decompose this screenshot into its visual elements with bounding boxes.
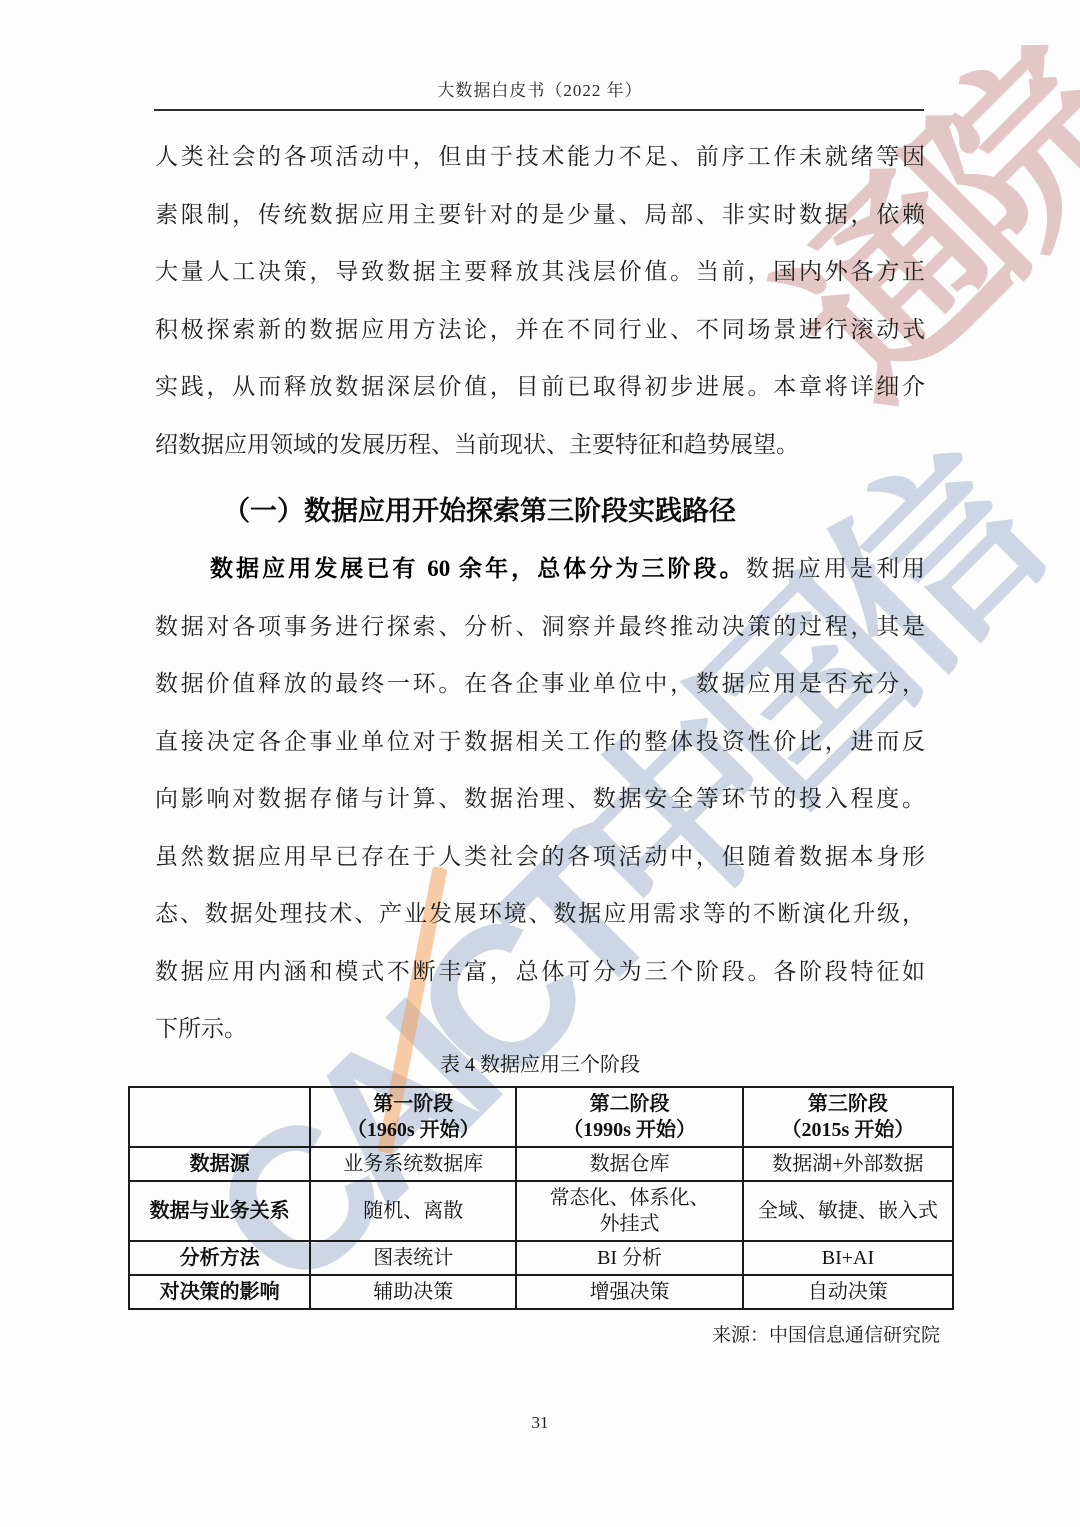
text-line: 态、数据处理技术、产业发展环境、数据应用需求等的不断演化升级， xyxy=(155,885,925,943)
text-line: 素限制，传统数据应用主要针对的是少量、局部、非实时数据，依赖 xyxy=(155,186,925,244)
text-segment: 积极探索新的数据应用方法论，并在不同行业、不同场景进行滚动式 xyxy=(155,317,925,342)
text-line: 数据应用发展已有 60 余年，总体分为三阶段。数据应用是利用 xyxy=(155,540,925,598)
text-segment: 数据对各项事务进行探索、分析、洞察并最终推动决策的过程，其是 xyxy=(155,614,925,639)
text-line: 人类社会的各项活动中，但由于技术能力不足、前序工作未就绪等因 xyxy=(155,128,925,186)
text-segment: 绍数据应用领域的发展历程、当前现状、主要特征和趋势展望。 xyxy=(155,432,799,457)
table-cell: 常态化、体系化、 外挂式 xyxy=(516,1181,743,1241)
text-line: 绍数据应用领域的发展历程、当前现状、主要特征和趋势展望。 xyxy=(155,416,925,474)
table-source: 来源：中国信息通信研究院 xyxy=(128,1320,954,1347)
table-cell: 数据湖+外部数据 xyxy=(743,1147,953,1181)
table-cell: 数据仓库 xyxy=(516,1147,743,1181)
header-rule xyxy=(154,109,924,111)
text-line: 数据价值释放的最终一环。在各企事业单位中，数据应用是否充分， xyxy=(155,655,925,713)
text-segment: 态、数据处理技术、产业发展环境、数据应用需求等的不断演化升级， xyxy=(155,901,925,926)
text-segment: 大量人工决策，导致数据主要释放其浅层价值。当前，国内外各方正 xyxy=(155,259,925,284)
paragraph-1: 人类社会的各项活动中，但由于技术能力不足、前序工作未就绪等因素限制，传统数据应用… xyxy=(155,128,925,473)
table-cell: BI+AI xyxy=(743,1241,953,1275)
table-cell: 全域、敏捷、嵌入式 xyxy=(743,1181,953,1241)
table-row-label: 数据源 xyxy=(129,1147,310,1181)
document-page: 通院CAICT中国信 大数据白皮书（2022 年） 人类社会的各项活动中，但由于… xyxy=(0,0,1080,1527)
table-cell: 自动决策 xyxy=(743,1275,953,1309)
table-cell: 随机、离散 xyxy=(310,1181,516,1241)
section-heading: （一）数据应用开始探索第三阶段实践路径 xyxy=(155,481,925,541)
table-row: 数据源业务系统数据库数据仓库数据湖+外部数据 xyxy=(129,1147,953,1181)
text-line: 虽然数据应用早已存在于人类社会的各项活动中，但随着数据本身形 xyxy=(155,828,925,886)
text-segment: 下所示。 xyxy=(155,1016,247,1041)
table-caption: 表 4 数据应用三个阶段 xyxy=(0,1048,1080,1077)
stage-table: 第一阶段 （1960s 开始）第二阶段 （1990s 开始）第三阶段 （2015… xyxy=(128,1086,954,1310)
text-line: 直接决定各企事业单位对于数据相关工作的整体投资性价比，进而反 xyxy=(155,713,925,771)
text-segment: 数据应用是利用 xyxy=(746,556,925,581)
paragraph-2: 数据应用发展已有 60 余年，总体分为三阶段。数据应用是利用数据对各项事务进行探… xyxy=(155,540,925,1058)
table-cell: 图表统计 xyxy=(310,1241,516,1275)
text-line: 大量人工决策，导致数据主要释放其浅层价值。当前，国内外各方正 xyxy=(155,243,925,301)
table-cell: BI 分析 xyxy=(516,1241,743,1275)
table-header-cell: 第二阶段 （1990s 开始） xyxy=(516,1087,743,1147)
text-line: 向影响对数据存储与计算、数据治理、数据安全等环节的投入程度。 xyxy=(155,770,925,828)
table-cell: 增强决策 xyxy=(516,1275,743,1309)
text-line: 积极探索新的数据应用方法论，并在不同行业、不同场景进行滚动式 xyxy=(155,301,925,359)
stage-table-body: 第一阶段 （1960s 开始）第二阶段 （1990s 开始）第三阶段 （2015… xyxy=(129,1087,953,1309)
page-number: 31 xyxy=(0,1413,1080,1433)
table-row-label: 对决策的影响 xyxy=(129,1275,310,1309)
table-cell: 业务系统数据库 xyxy=(310,1147,516,1181)
text-segment: 素限制，传统数据应用主要针对的是少量、局部、非实时数据，依赖 xyxy=(155,202,925,227)
table-row-label: 数据与业务关系 xyxy=(129,1181,310,1241)
text-segment: 人类社会的各项活动中，但由于技术能力不足、前序工作未就绪等因 xyxy=(155,144,925,169)
table-header-cell: 第三阶段 （2015s 开始） xyxy=(743,1087,953,1147)
text-segment: 数据应用内涵和模式不断丰富，总体可分为三个阶段。各阶段特征如 xyxy=(155,959,925,984)
table-row-label: 分析方法 xyxy=(129,1241,310,1275)
table-header-cell xyxy=(129,1087,310,1147)
text-segment: 直接决定各企事业单位对于数据相关工作的整体投资性价比，进而反 xyxy=(155,729,925,754)
table-row: 对决策的影响辅助决策增强决策自动决策 xyxy=(129,1275,953,1309)
text-segment: 虽然数据应用早已存在于人类社会的各项活动中，但随着数据本身形 xyxy=(155,844,925,869)
table-header-row: 第一阶段 （1960s 开始）第二阶段 （1990s 开始）第三阶段 （2015… xyxy=(129,1087,953,1147)
table-cell: 辅助决策 xyxy=(310,1275,516,1309)
table-header-cell: 第一阶段 （1960s 开始） xyxy=(310,1087,516,1147)
text-line: 数据对各项事务进行探索、分析、洞察并最终推动决策的过程，其是 xyxy=(155,598,925,656)
text-segment: 向影响对数据存储与计算、数据治理、数据安全等环节的投入程度。 xyxy=(155,786,925,811)
text-segment: 实践，从而释放数据深层价值，目前已取得初步进展。本章将详细介 xyxy=(155,374,925,399)
table-row: 数据与业务关系随机、离散常态化、体系化、 外挂式全域、敏捷、嵌入式 xyxy=(129,1181,953,1241)
text-segment: 数据价值释放的最终一环。在各企事业单位中，数据应用是否充分， xyxy=(155,671,925,696)
table-row: 分析方法图表统计BI 分析BI+AI xyxy=(129,1241,953,1275)
text-line: 数据应用内涵和模式不断丰富，总体可分为三个阶段。各阶段特征如 xyxy=(155,943,925,1001)
text-line: 实践，从而释放数据深层价值，目前已取得初步进展。本章将详细介 xyxy=(155,358,925,416)
bold-text-segment: 数据应用发展已有 60 余年，总体分为三阶段。 xyxy=(210,556,746,581)
page-header-title: 大数据白皮书（2022 年） xyxy=(0,76,1080,101)
